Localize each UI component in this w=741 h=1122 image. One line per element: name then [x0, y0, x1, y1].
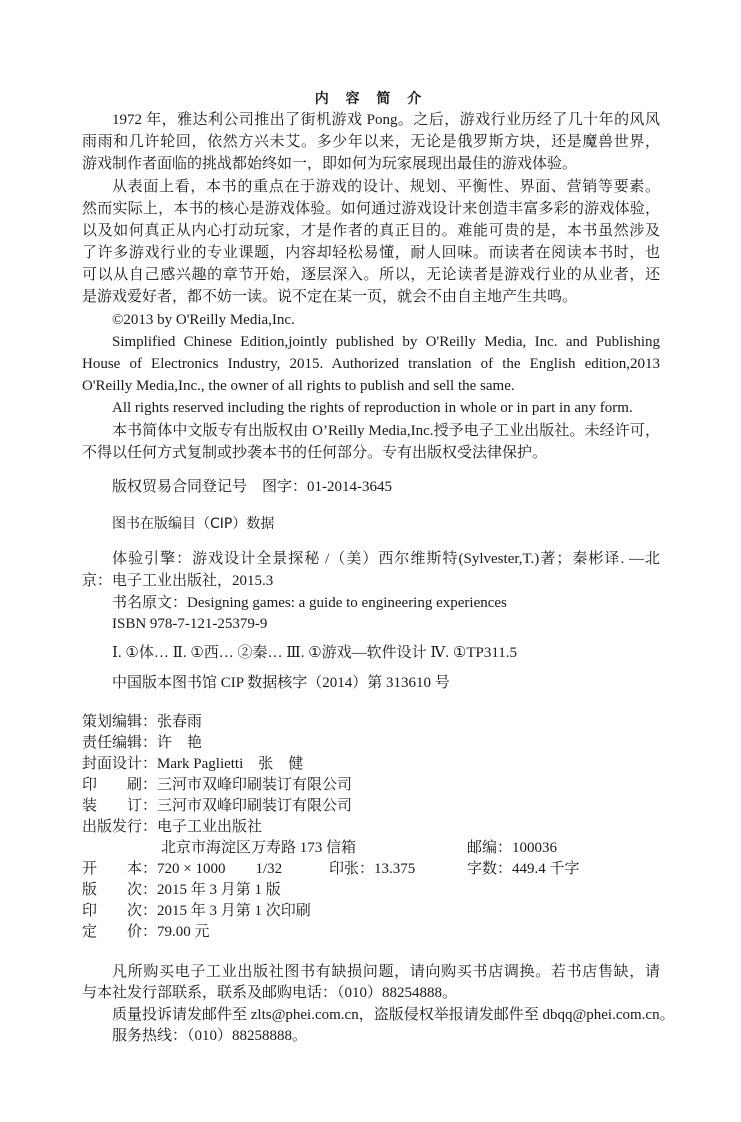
credit-label: 出版发行	[82, 819, 142, 835]
credit-printing: 印 刷：三河市双峰印刷装订有限公司	[82, 775, 352, 795]
copyright-line: ©2013 by O'Reilly Media,Inc.	[82, 310, 295, 330]
credit-value: 张春雨	[157, 714, 202, 730]
cip-classification: Ⅰ. ①体… Ⅱ. ①西… ②秦… Ⅲ. ①游戏—软件设计 Ⅳ. ①TP311.…	[82, 643, 517, 663]
summary-p2-line-5: 可以从自己感兴趣的章节开始，逐层深入。所以，无论读者是游戏行业的从业者，还	[82, 265, 660, 285]
returns-notice-line-1: 凡所购买电子工业出版社图书有缺损问题，请向购买书店调换。若书店售缺，请	[82, 962, 660, 982]
publisher-address: 北京市海淀区万寿路 173 信箱	[161, 838, 356, 858]
cip-core-number: 中国版本图书馆 CIP 数据核字（2014）第 313610 号	[82, 673, 450, 693]
cip-isbn: ISBN 978-7-121-25379-9	[82, 614, 267, 634]
rights-reserved: All rights reserved including the rights…	[82, 398, 633, 418]
cip-heading: 图书在版编目（CIP）数据	[82, 514, 274, 534]
summary-p1-line-3: 游戏制作者面临的挑战都始终如一，即如何为玩家展现出最佳的游戏体验。	[82, 154, 577, 174]
summary-p2-line-6: 是游戏爱好者，都不妨一读。说不定在某一页，就会不由自主地产生共鸣。	[82, 287, 577, 307]
summary-p2-line-1: 从表面上看，本书的重点在于游戏的设计、规划、平衡性、界面、营销等要素。	[82, 177, 660, 197]
spec-price: 定 价：79.00 元	[82, 922, 210, 942]
spec-label: 印 次：	[82, 903, 157, 919]
cip-entry-line-2: 京：电子工业出版社，2015.3	[82, 571, 273, 591]
credit-value: 三河市双峰印刷装订有限公司	[157, 777, 352, 793]
cip-entry-line-1: 体验引擎：游戏设计全景探秘 /（美）西尔维斯特(Sylvester,T.)著；秦…	[82, 549, 660, 569]
summary-p1-line-2: 雨雨和几许轮回，依然方兴未艾。多少年以来，无论是俄罗斯方块，还是魔兽世界，	[82, 132, 660, 152]
credit-label: 责任编辑	[82, 735, 142, 751]
chinese-rights-line-2: 不得以任何方式复制或抄袭本书的任何部分。专有出版权受法律保护。	[82, 443, 547, 463]
spec-label: 开 本：	[82, 861, 157, 877]
spec-value: 720 × 1000 1/32	[157, 861, 282, 877]
spec-word-count: 字数：449.4 千字	[467, 859, 580, 879]
spec-format: 开 本：720 × 1000 1/32	[82, 859, 282, 879]
summary-p2-line-4: 了许多游戏行业的专业课题，内容却轻松易懂，耐人回味。而读者在阅读本书时，也	[82, 243, 660, 263]
english-edition-line-2: House of Electronics Industry, 2015. Aut…	[82, 354, 660, 374]
credit-publisher: 出版发行：电子工业出版社	[82, 817, 262, 837]
credit-cover-design: 封面设计：Mark Paglietti 张 健	[82, 754, 303, 774]
credit-label: 策划编辑	[82, 714, 142, 730]
spec-label: 版 次：	[82, 882, 157, 898]
spec-label: 定 价：	[82, 924, 157, 940]
spec-value: 2015 年 3 月第 1 次印刷	[157, 903, 311, 919]
spec-value: 79.00 元	[157, 924, 210, 940]
summary-p2-line-2: 然而实际上，本书的核心是游戏体验。如何通过游戏设计来创造丰富多彩的游戏体验，	[82, 199, 660, 219]
summary-p1-line-1: 1972 年，雅达利公司推出了街机游戏 Pong。之后，游戏行业历经了几十年的风…	[82, 110, 660, 130]
summary-title: 内 容 简 介	[82, 89, 660, 109]
complaints-notice: 质量投诉请发邮件至 zlts@phei.com.cn，盗版侵权举报请发邮件至 d…	[82, 1005, 675, 1025]
chinese-rights-line-1: 本书简体中文版专有出版权由 O’Reilly Media,Inc.授予电子工业出…	[82, 421, 660, 441]
registration-number: 版权贸易合同登记号 图字：01-2014-3645	[82, 477, 392, 497]
summary-p2-line-3: 以及如何真正从内心打动玩家，才是作者的真正目的。难能可贵的是，本书虽然涉及	[82, 221, 660, 241]
credit-planning-editor: 策划编辑：张春雨	[82, 712, 202, 732]
credit-label: 装 订	[82, 798, 142, 814]
credit-value: 许 艳	[157, 735, 202, 751]
english-edition-line-3: O'Reilly Media,Inc., the owner of all ri…	[82, 376, 515, 396]
english-edition-line-1: Simplified Chinese Edition,jointly publi…	[82, 332, 660, 352]
returns-notice-line-2: 与本社发行部联系，联系及邮购电话：（010）88254888。	[82, 983, 457, 1003]
credit-label: 封面设计	[82, 756, 142, 772]
credit-value: 电子工业出版社	[157, 819, 262, 835]
credit-binding: 装 订：三河市双峰印刷装订有限公司	[82, 796, 352, 816]
spec-printing: 印 次：2015 年 3 月第 1 次印刷	[82, 901, 311, 921]
spec-sheets: 印张：13.375	[329, 859, 415, 879]
credit-value: 三河市双峰印刷装订有限公司	[157, 798, 352, 814]
spec-value: 2015 年 3 月第 1 版	[157, 882, 281, 898]
credit-label: 印 刷	[82, 777, 142, 793]
postcode: 邮编：100036	[467, 838, 557, 858]
credit-responsible-editor: 责任编辑：许 艳	[82, 733, 202, 753]
spec-edition: 版 次：2015 年 3 月第 1 版	[82, 880, 281, 900]
service-hotline: 服务热线：（010）88258888。	[82, 1026, 307, 1046]
cip-original-title: 书名原文：Designing games: a guide to enginee…	[82, 593, 507, 613]
credit-value: Mark Paglietti 张 健	[157, 756, 303, 772]
